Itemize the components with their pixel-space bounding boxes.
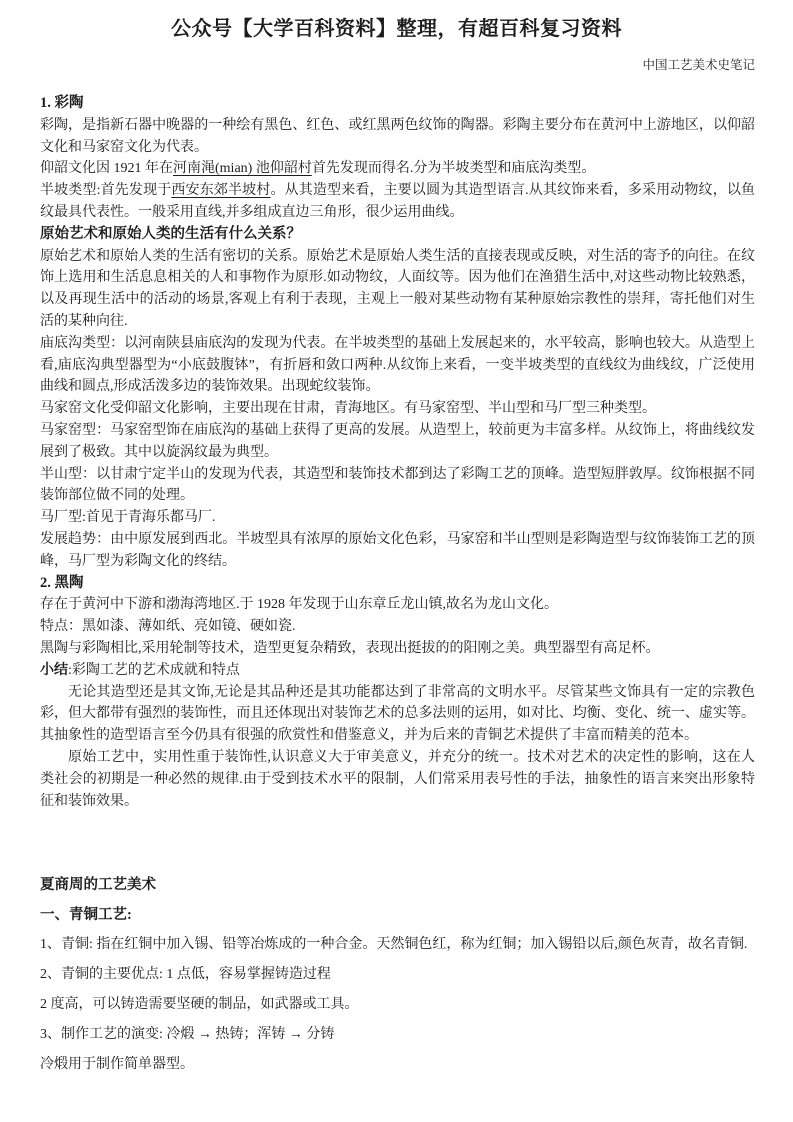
byline: 中国工艺美术史笔记 xyxy=(0,55,793,73)
doc-title: 公众号【大学百科资料】整理，有超百科复习资料 xyxy=(0,12,793,41)
paragraph-black-features: 特点：黑如漆、薄如纸、亮如镜、硬如瓷. xyxy=(40,616,755,638)
paragraph-banshan-type: 半山型：以甘肃宁定半山的发现为代表，其造型和装饰技术都到达了彩陶工艺的顶峰。造型… xyxy=(40,464,755,508)
paragraph-summary-2: 原始工艺中，实用性重于装饰性,认识意义大于审美意义，并充分的统一。技术对艺术的决… xyxy=(40,747,755,812)
paragraph-miaodigou: 庙底沟类型：以河南陕县庙底沟的发现为代表。在半坡类型的基础上发展起来的，水平较高… xyxy=(40,333,755,398)
paragraph-summary-1: 无论其造型还是其文饰,无论是其品种还是其功能都达到了非常高的文明水平。尽管某些文… xyxy=(40,682,755,747)
subheading-bronze-craft: 一、青铜工艺: xyxy=(40,900,755,930)
paragraph-majiayao-intro: 马家窑文化受仰韶文化影响，主要出现在甘肃，青海地区。有马家窑型、半山型和马厂型三… xyxy=(40,398,755,420)
paragraph-machang-type: 马厂型:首见于青海乐都马厂. xyxy=(40,507,755,529)
paragraph-bronze-item2: 2、青铜的主要优点: 1 点低，容易掌握铸造过程 xyxy=(40,960,755,990)
underlined-text-banpo-site: 西安东郊半坡村 xyxy=(171,183,270,198)
paragraph-bronze-item2-cont: 2 度高，可以铸造需要坚硬的制品，如武器或工具。 xyxy=(40,990,755,1020)
text-run: 首先发现而得名.分为半坡类型和庙底沟类型。 xyxy=(312,161,596,176)
underlined-text-yangshao-site: 河南渑(mian) 池仰韶村 xyxy=(173,161,312,176)
paragraph-bronze-item3-note: 冷煅用于制作简单器型。 xyxy=(40,1050,755,1080)
paragraph-black-origin: 存在于黄河中下游和渤海湾地区.于 1928 年发现于山东章丘龙山镇,故名为龙山文… xyxy=(40,594,755,616)
paragraph-bronze-item3: 3、制作工艺的演变: 冷煅 → 热铸；浑铸 → 分铸 xyxy=(40,1020,755,1050)
paragraph-question-answer: 原始艺术和原始人类的生活有密切的关系。原始艺术是原始人类生活的直接表现或反映，对… xyxy=(40,246,755,333)
section-bronze: 夏商周的工艺美术 一、青铜工艺: 1、青铜: 指在红铜中加入锡、铅等冶炼成的一种… xyxy=(40,870,755,1080)
paragraph-bronze-item1: 1、青铜: 指在红铜中加入锡、铅等冶炼成的一种合金。天然铜色红，称为红铜；加入锡… xyxy=(40,930,755,960)
section-heading-xia-shang-zhou: 夏商周的工艺美术 xyxy=(40,870,755,900)
summary-label: 小结 xyxy=(40,663,68,678)
paragraph-majiayao-type: 马家窑型：马家窑型饰在庙底沟的基础上获得了更高的发展。从造型上，较前更为丰富多样… xyxy=(40,420,755,464)
section-heading-painted-pottery: 1. 彩陶 xyxy=(40,93,755,115)
section-heading-black-pottery: 2. 黑陶 xyxy=(40,573,755,595)
text-run: :彩陶工艺的艺术成就和特点 xyxy=(68,663,240,678)
paragraph-yangshao: 仰韶文化因 1921 年在河南渑(mian) 池仰韶村首先发现而得名.分为半坡类… xyxy=(40,158,755,180)
document-page: 公众号【大学百科资料】整理，有超百科复习资料 中国工艺美术史笔记 1. 彩陶 彩… xyxy=(0,0,793,1122)
question-heading: 原始艺术和原始人类的生活有什么关系？ xyxy=(40,224,755,246)
paragraph-pottery-intro: 彩陶，是指新石器中晚器的一种绘有黑色、红色、或红黑两色纹饰的陶器。彩陶主要分布在… xyxy=(40,115,755,159)
paragraph-summary-title: 小结:彩陶工艺的艺术成就和特点 xyxy=(40,660,755,682)
paragraph-black-compare: 黑陶与彩陶相比,采用轮制等技术，造型更复杂精致，表现出挺拔的的阳刚之美。典型器型… xyxy=(40,638,755,660)
paragraph-trend: 发展趋势：由中原发展到西北。半坡型具有浓厚的原始文化色彩，马家窑和半山型则是彩陶… xyxy=(40,529,755,573)
text-run: 半坡类型:首先发现于 xyxy=(40,183,171,198)
paragraph-banpo: 半坡类型:首先发现于西安东郊半坡村。从其造型来看，主要以圆为其造型语言.从其纹饰… xyxy=(40,180,755,224)
doc-content: 1. 彩陶 彩陶，是指新石器中晚器的一种绘有黑色、红色、或红黑两色纹饰的陶器。彩… xyxy=(40,93,755,1080)
text-run: 仰韶文化因 1921 年在 xyxy=(40,161,173,176)
